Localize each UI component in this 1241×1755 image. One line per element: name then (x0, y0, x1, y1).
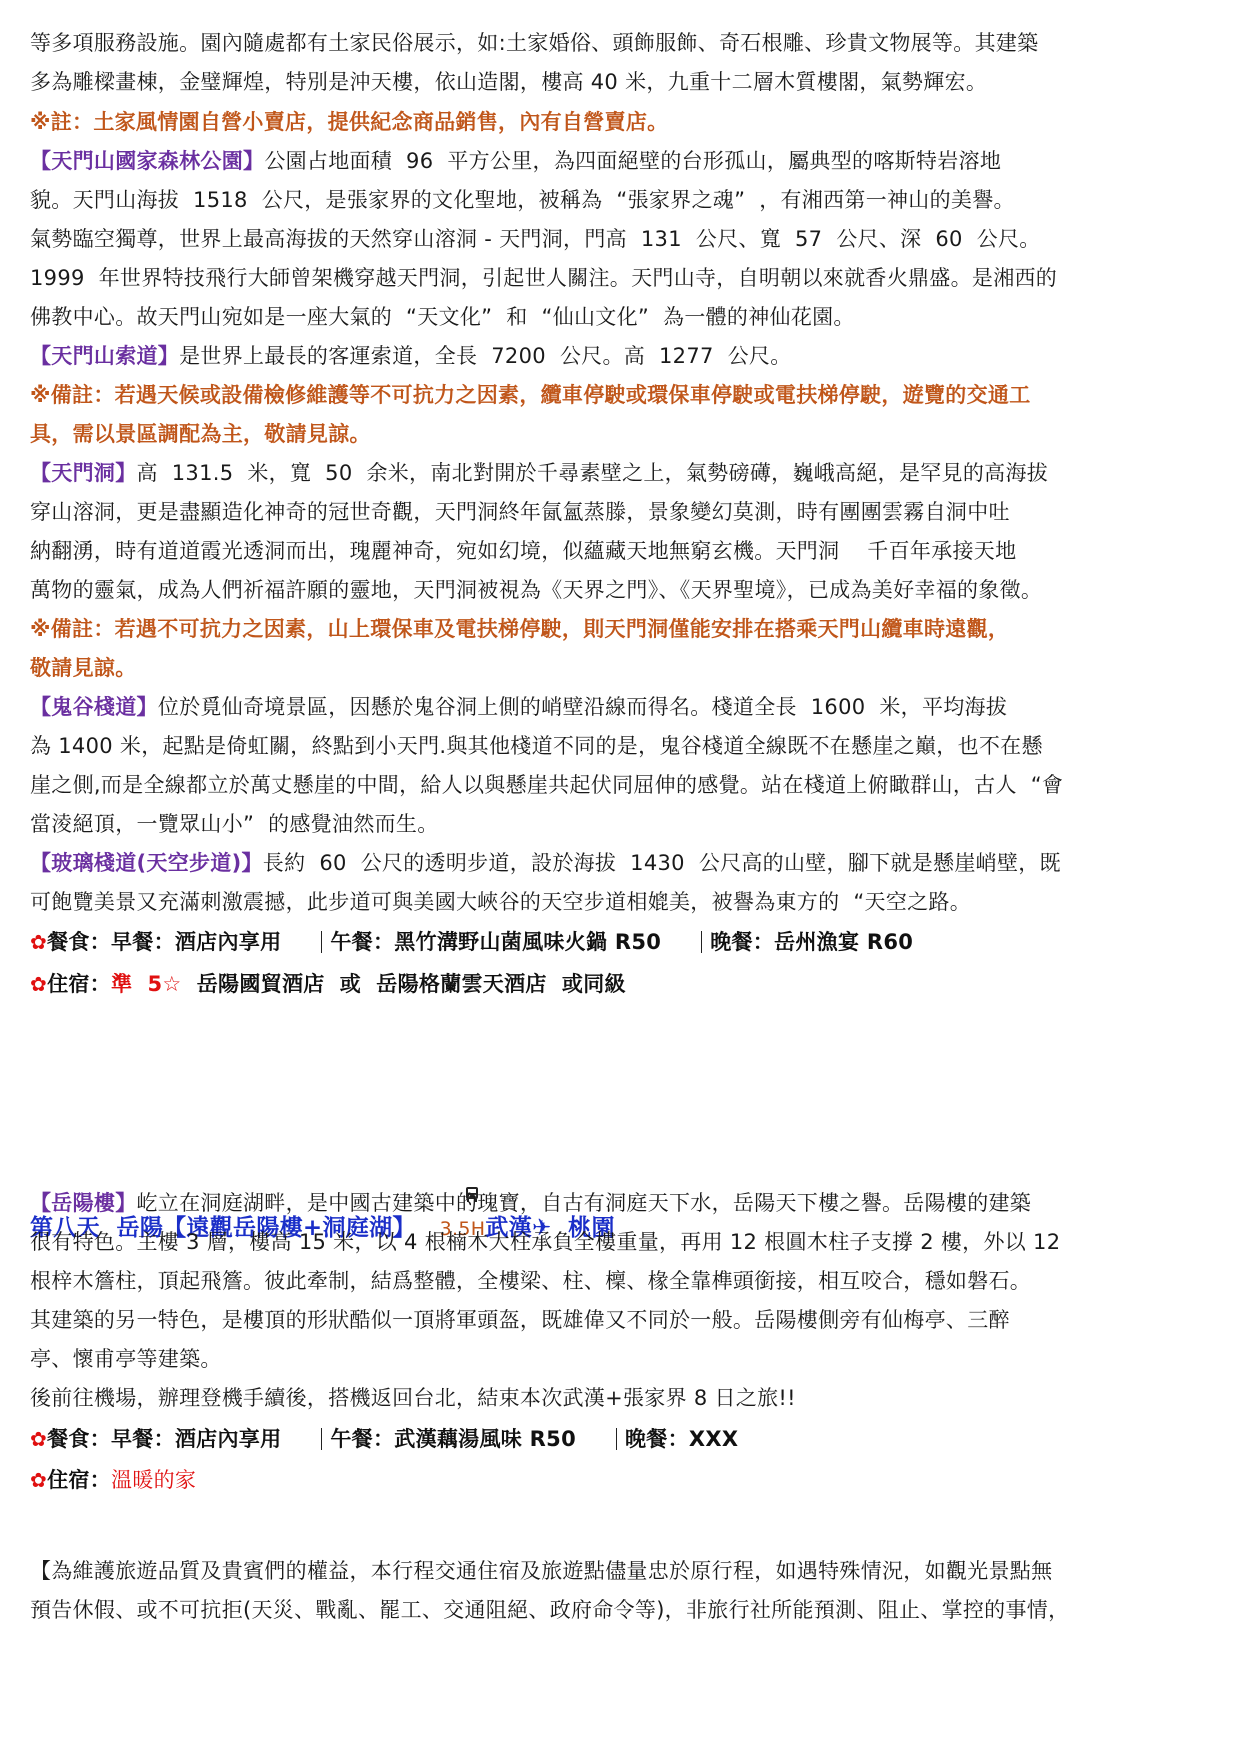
text: 高 131.5 米，寬 50 余米，南北對開於千尋素壁之上，氣勢磅礡，巍峨高絕，… (137, 461, 1049, 485)
section-title-cableway: 【天門山索道】 (30, 344, 179, 368)
day8-stay: ✿住宿：溫暖的家 (30, 1465, 196, 1495)
stay-label: 住宿： (47, 972, 111, 996)
cave-note-1: ※備註：若遇不可抗力之因素，山上環保車及電扶梯停駛，則天門洞僅能安排在搭乘天門山… (30, 614, 1009, 644)
text: 貌。天門山海拔 1518 公尺，是張家界的文化聖地，被稱為 “張家界之魂” ，有… (30, 188, 1015, 212)
flower-icon: ✿ (30, 930, 47, 954)
yueyang-line-6: 後前往機場，辦理登機手續後，搭機返回台北，結束本次武漢+張家界 8 日之旅!! (30, 1383, 796, 1413)
text: 氣勢臨空獨尊，世界上最高海拔的天然穿山溶洞 - 天門洞，門高 131 公尺、寬 … (30, 227, 1041, 251)
section-title-ghost-valley: 【鬼谷棧道】 (30, 695, 158, 719)
text: 屹立在洞庭湖畔，是中國古建築中的瑰寶，自古有洞庭天下水，岳陽天下樓之譽。岳陽樓的… (137, 1191, 1032, 1215)
text: 後前往機場，辦理登機手續後，搭機返回台北，結束本次武漢+張家界 8 日之旅!! (30, 1386, 796, 1410)
park-line-1: 【天門山國家森林公園】公園占地面積 96 平方公里，為四面絕壁的台形孤山，屬典型… (30, 146, 1001, 176)
ghost-valley-line-4: 當淩絕頂，一覽眾山小” 的感覺油然而生。 (30, 809, 439, 839)
park-line-2: 貌。天門山海拔 1518 公尺，是張家界的文化聖地，被稱為 “張家界之魂” ，有… (30, 185, 1015, 215)
text: 長約 60 公尺的透明步道，設於海拔 1430 公尺高的山壁，腳下就是懸崖峭壁，… (263, 851, 1061, 875)
yueyang-line-1: 【岳陽樓】屹立在洞庭湖畔，是中國古建築中的瑰寶，自古有洞庭天下水，岳陽天下樓之譽… (30, 1188, 1031, 1218)
park-line-5: 佛教中心。故天門山宛如是一座大氣的 “天文化” 和 “仙山文化” 為一體的神仙花… (30, 302, 855, 332)
yueyang-line-3: 根梓木簷柱，頂起飛簷。彼此牽制，結爲整體，全樓梁、柱、檁、椽全靠榫頭銜接，相互咬… (30, 1266, 1031, 1296)
text: ※備註：若遇天候或設備檢修維護等不可抗力之因素，纜車停駛或環保車停駛或電扶梯停駛… (30, 383, 1031, 407)
park-line-4: 1999 年世界特技飛行大師曾架機穿越天門洞，引起世人關注。天門山寺，自明朝以來… (30, 263, 1057, 293)
yueyang-line-5: 亭、懷甫亭等建築。 (30, 1344, 222, 1374)
text: 位於覓仙奇境景區，因懸於鬼谷洞上側的峭壁沿線而得名。棧道全長 1600 米，平均… (158, 695, 1007, 719)
yueyang-line-2: 很有特色。主樓 3 層，樓高 15 米，以 4 根楠木大柱承負全樓重量，再用 1… (30, 1227, 1060, 1257)
bus-icon (423, 1145, 437, 1162)
text: 當淩絕頂，一覽眾山小” 的感覺油然而生。 (30, 812, 439, 836)
dinner: 晚餐：岳州漁宴 R60 (710, 930, 913, 954)
text: 【為維護旅遊品質及貴賓們的權益，本行程交通住宿及旅遊點儘量忠於原行程，如遇特殊情… (30, 1559, 1052, 1583)
cableway-line-1: 【天門山索道】是世界上最長的客運索道，全長 7200 公尺。高 1277 公尺。 (30, 341, 792, 371)
text: 很有特色。主樓 3 層，樓高 15 米，以 4 根楠木大柱承負全樓重量，再用 1… (30, 1230, 1060, 1254)
text: 預告休假、或不可抗拒(天災、戰亂、罷工、交通阻絕、政府命令等)，非旅行社所能預測… (30, 1598, 1069, 1622)
text: 穿山溶洞，更是盡顯造化神奇的冠世奇觀，天門洞終年氤氳蒸滕，景象變幻莫測，時有團團… (30, 500, 1010, 524)
divider (321, 1428, 322, 1450)
text: 具，需以景區調配為主，敬請見諒。 (30, 422, 371, 446)
breakfast: 早餐：酒店內享用 (111, 1427, 281, 1451)
intro-line-1: 等多項服務設施。園內隨處都有土家民俗展示，如:土家婚俗、頭飾服飾、奇石根雕、珍貴… (30, 28, 1038, 58)
text: 亭、懷甫亭等建築。 (30, 1347, 222, 1371)
cave-line-1: 【天門洞】高 131.5 米，寬 50 余米，南北對開於千尋素壁之上，氣勢磅礡，… (30, 458, 1048, 488)
hotel-grade: 準 5☆ (111, 972, 182, 996)
cave-note-2: 敬請見諒。 (30, 653, 137, 683)
text: 為 1400 米，起點是倚虹關，終點到小天門.與其他棧道不同的是，鬼谷棧道全線既… (30, 734, 1043, 758)
cave-line-2: 穿山溶洞，更是盡顯造化神奇的冠世奇觀，天門洞終年氤氳蒸滕，景象變幻莫測，時有團團… (30, 497, 1010, 527)
disclaimer-line-1: 【為維護旅遊品質及貴賓們的權益，本行程交通住宿及旅遊點儘量忠於原行程，如遇特殊情… (30, 1556, 1052, 1586)
text: ※註：土家風情園自營小賣店，提供紀念商品銷售，內有自營賣店。 (30, 110, 668, 134)
divider (616, 1428, 617, 1450)
text: 根梓木簷柱，頂起飛簷。彼此牽制，結爲整體，全樓梁、柱、檁、椽全靠榫頭銜接，相互咬… (30, 1269, 1031, 1293)
text: 可飽覽美景又充滿刺激震撼，此步道可與美國大峽谷的天空步道相媲美，被譽為東方的 “… (30, 890, 971, 914)
text: 納翻湧，時有道道霞光透洞而出，瑰麗神奇，宛如幻境，似蘊藏天地無窮玄機。天門洞 千… (30, 539, 1016, 563)
text: 崖之側,而是全線都立於萬丈懸崖的中間，給人以與懸崖共起伏同屈伸的感覺。站在棧道上… (30, 773, 1063, 797)
ghost-valley-line-3: 崖之側,而是全線都立於萬丈懸崖的中間，給人以與懸崖共起伏同屈伸的感覺。站在棧道上… (30, 770, 1063, 800)
divider (321, 931, 322, 953)
stay-place: 溫暖的家 (111, 1468, 196, 1492)
ghost-valley-line-2: 為 1400 米，起點是倚虹關，終點到小天門.與其他棧道不同的是，鬼谷棧道全線既… (30, 731, 1043, 761)
text: 1999 年世界特技飛行大師曾架機穿越天門洞，引起世人關注。天門山寺，自明朝以來… (30, 266, 1057, 290)
lunch: 午餐：黑竹溝野山菌風味火鍋 R50 (330, 930, 661, 954)
divider (701, 931, 702, 953)
lunch: 午餐：武漢藕湯風味 R50 (330, 1427, 576, 1451)
meals-label: 餐食： (47, 1427, 111, 1451)
cableway-note-2: 具，需以景區調配為主，敬請見諒。 (30, 419, 371, 449)
section-title-park: 【天門山國家森林公園】 (30, 149, 264, 173)
disclaimer-line-2: 預告休假、或不可抗拒(天災、戰亂、罷工、交通阻絕、政府命令等)，非旅行社所能預測… (30, 1595, 1069, 1625)
cave-line-4: 萬物的靈氣，成為人們祈福許願的靈地，天門洞被視為《天界之門》、《天界聖境》，已成… (30, 575, 1042, 605)
text: 佛教中心。故天門山宛如是一座大氣的 “天文化” 和 “仙山文化” 為一體的神仙花… (30, 305, 855, 329)
intro-line-2: 多為雕樑畫棟，金璧輝煌，特別是沖天樓，依山造閣，樓高 40 米，九重十二層木質樓… (30, 67, 987, 97)
section-title-yueyang: 【岳陽樓】 (30, 1191, 137, 1215)
flower-icon: ✿ (30, 972, 47, 996)
day8-heading: 第八天 岳陽【遠觀岳陽樓+洞庭湖】 3.5H武漢✈ 桃園 (30, 1145, 615, 1179)
text: ※備註：若遇不可抗力之因素，山上環保車及電扶梯停駛，則天門洞僅能安排在搭乘天門山… (30, 617, 1009, 641)
stay-label: 住宿： (47, 1468, 111, 1492)
day8-meals: ✿餐食：早餐：酒店內享用午餐：武漢藕湯風味 R50晚餐：XXX (30, 1424, 738, 1454)
park-line-3: 氣勢臨空獨尊，世界上最高海拔的天然穿山溶洞 - 天門洞，門高 131 公尺、寬 … (30, 224, 1041, 254)
section-title-cave: 【天門洞】 (30, 461, 137, 485)
text: 敬請見諒。 (30, 656, 137, 680)
flower-icon: ✿ (30, 1468, 47, 1492)
dinner: 晚餐：XXX (625, 1427, 738, 1451)
glass-walk-line-1: 【玻璃棧道(天空步道)】長約 60 公尺的透明步道，設於海拔 1430 公尺高的… (30, 848, 1061, 878)
flower-icon: ✿ (30, 1427, 47, 1451)
hotels: 岳陽國貿酒店 或 岳陽格蘭雲天酒店 或同級 (182, 972, 626, 996)
breakfast: 早餐：酒店內享用 (111, 930, 281, 954)
day7-meals: ✿餐食：早餐：酒店內享用午餐：黑竹溝野山菌風味火鍋 R50晚餐：岳州漁宴 R60 (30, 927, 913, 957)
meals-label: 餐食： (47, 930, 111, 954)
cableway-note-1: ※備註：若遇天候或設備檢修維護等不可抗力之因素，纜車停駛或環保車停駛或電扶梯停駛… (30, 380, 1031, 410)
intro-note: ※註：土家風情園自營小賣店，提供紀念商品銷售，內有自營賣店。 (30, 107, 668, 137)
yueyang-line-4: 其建築的另一特色，是樓頂的形狀酷似一頂將軍頭盔，既雄偉又不同於一般。岳陽樓側旁有… (30, 1305, 1010, 1335)
day7-stay: ✿住宿：準 5☆ 岳陽國貿酒店 或 岳陽格蘭雲天酒店 或同級 (30, 969, 626, 999)
text: 等多項服務設施。園內隨處都有土家民俗展示，如:土家婚俗、頭飾服飾、奇石根雕、珍貴… (30, 31, 1038, 55)
ghost-valley-line-1: 【鬼谷棧道】位於覓仙奇境景區，因懸於鬼谷洞上側的峭壁沿線而得名。棧道全長 160… (30, 692, 1007, 722)
text: 是世界上最長的客運索道，全長 7200 公尺。高 1277 公尺。 (179, 344, 791, 368)
text: 公園占地面積 96 平方公里，為四面絕壁的台形孤山，屬典型的喀斯特岩溶地 (264, 149, 1001, 173)
text: 其建築的另一特色，是樓頂的形狀酷似一頂將軍頭盔，既雄偉又不同於一般。岳陽樓側旁有… (30, 1308, 1010, 1332)
text: 萬物的靈氣，成為人們祈福許願的靈地，天門洞被視為《天界之門》、《天界聖境》，已成… (30, 578, 1042, 602)
section-title-glass-walk: 【玻璃棧道(天空步道)】 (30, 851, 263, 875)
glass-walk-line-2: 可飽覽美景又充滿刺激震撼，此步道可與美國大峽谷的天空步道相媲美，被譽為東方的 “… (30, 887, 971, 917)
cave-line-3: 納翻湧，時有道道霞光透洞而出，瑰麗神奇，宛如幻境，似蘊藏天地無窮玄機。天門洞 千… (30, 536, 1016, 566)
text: 多為雕樑畫棟，金璧輝煌，特別是沖天樓，依山造閣，樓高 40 米，九重十二層木質樓… (30, 70, 987, 94)
